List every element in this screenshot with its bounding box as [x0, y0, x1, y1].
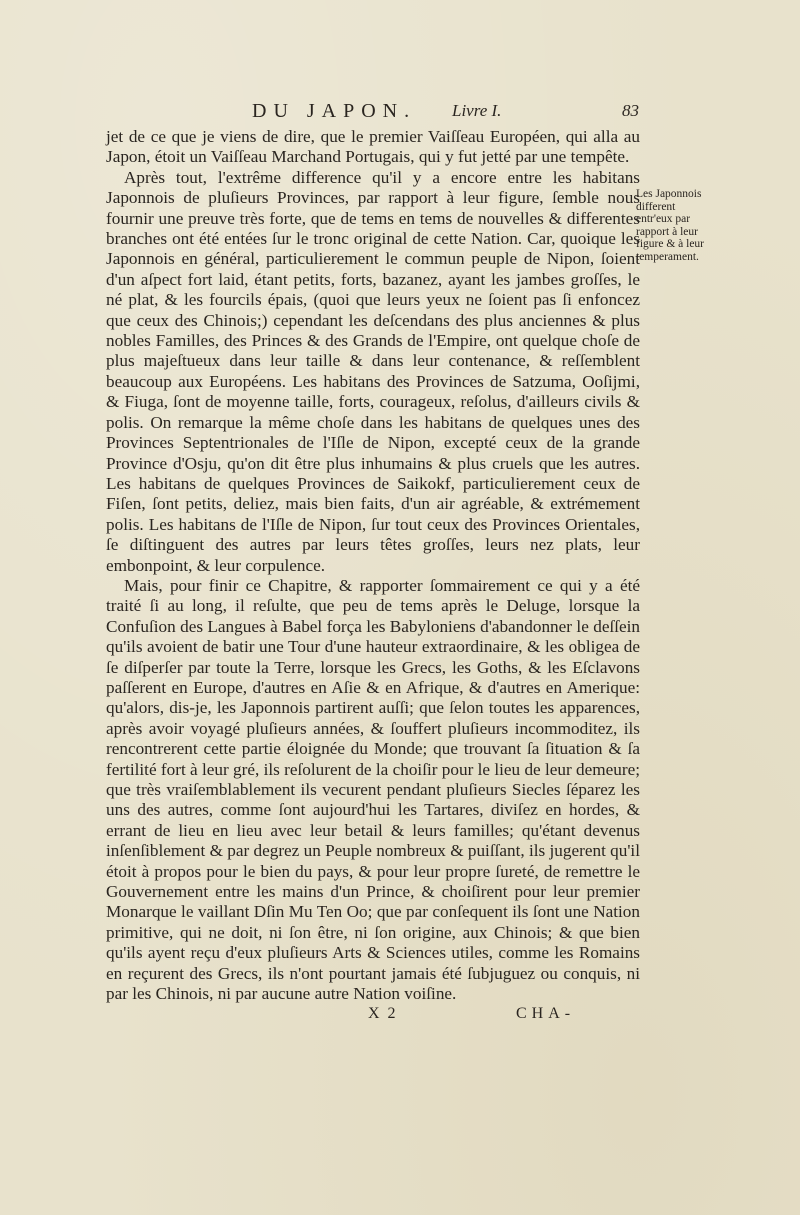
margin-note: Les Japonnois different entr'eux par rap…	[636, 188, 708, 264]
running-head-book: Livre I.	[452, 101, 501, 121]
running-head: DU JAPON. Livre I. 83	[100, 100, 660, 124]
book-page: DU JAPON. Livre I. 83 jet de ce que je v…	[0, 0, 800, 1215]
paragraph-continuation: jet de ce que je viens de dire, que le p…	[106, 127, 640, 168]
page-footer: X 2 CHA-	[100, 1005, 660, 1029]
signature-mark: X 2	[368, 1005, 398, 1023]
paragraph-differences: Après tout, l'extrême difference qu'il y…	[106, 168, 640, 576]
running-head-title: DU JAPON.	[252, 100, 416, 123]
paragraph-conclusion: Mais, pour finir ce Chapitre, & rapporte…	[106, 576, 640, 1005]
page-number: 83	[622, 101, 639, 121]
catchword: CHA-	[516, 1005, 575, 1023]
body-text: jet de ce que je viens de dire, que le p…	[106, 127, 640, 1004]
